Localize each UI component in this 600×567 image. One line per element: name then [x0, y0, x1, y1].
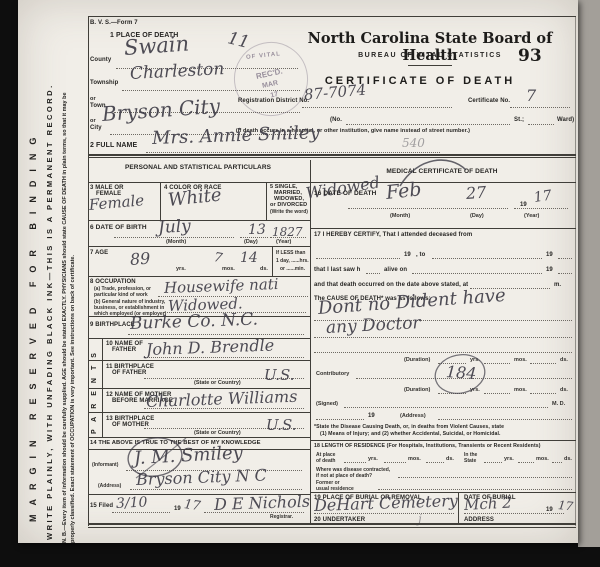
- certify-year1: 19: [404, 252, 411, 258]
- age-days-unit: ds.: [260, 266, 268, 272]
- occupation-a-value: Housewife nati: [164, 275, 279, 297]
- signed-line: [344, 407, 548, 408]
- death-month-value: Feb: [385, 178, 423, 204]
- divider: [160, 182, 161, 220]
- age-days-value: 14: [240, 250, 258, 266]
- county-value: Swain: [123, 31, 190, 59]
- burial-date-line: [464, 513, 564, 514]
- duration-label-2: (Duration): [404, 387, 430, 393]
- last-saw-line-c: [558, 273, 572, 274]
- contributory-label: Contributory: [316, 371, 349, 377]
- stamp-line-2: MAR: [262, 80, 279, 90]
- age-years-value: 89: [129, 249, 151, 269]
- age-years-unit: yrs.: [176, 266, 186, 272]
- divider: [88, 246, 310, 247]
- father-birthplace-value: U.S.: [264, 366, 295, 384]
- filed-date-value: 3/10: [116, 494, 148, 512]
- res-mos-2: mos.: [536, 456, 549, 462]
- dob-month-hint: (Month): [166, 239, 186, 245]
- divider: [88, 527, 576, 528]
- duration1-yrs: yrs.: [470, 357, 480, 363]
- signed-year-print: 19: [368, 413, 375, 419]
- signed-date-line: [316, 419, 364, 420]
- stamp-arc-text: OF VITAL: [246, 51, 281, 61]
- race-value: White: [167, 184, 223, 211]
- marital-value: Widowed: [305, 172, 382, 202]
- full-name-value: Mrs. Annie Smiley: [152, 122, 320, 149]
- signed-md: M. D.: [552, 401, 565, 407]
- filed-label: 15 Filed: [90, 503, 113, 509]
- date-of-death-year-line: [514, 208, 568, 209]
- personal-section-title: PERSONAL AND STATISTICAL PARTICULARS: [98, 164, 298, 171]
- father-name-value: John D. Brendle: [146, 336, 275, 359]
- alive-on-label: alive on: [384, 267, 407, 273]
- duration2-mos: mos.: [514, 387, 527, 393]
- page-number: 93: [518, 46, 542, 66]
- certify-to: , to: [416, 252, 425, 258]
- divider: [272, 246, 273, 276]
- divider: [575, 16, 576, 526]
- stamp-line-1: REC'D.: [255, 67, 283, 81]
- filed-date-line: [112, 512, 170, 513]
- age-less-label2: 1 day, ......hrs.: [276, 258, 309, 264]
- street-no-label: (No.: [330, 117, 342, 123]
- res-line-d: [484, 462, 502, 463]
- death-day-value: 27: [465, 183, 487, 203]
- res-line-b: [384, 462, 406, 463]
- age-months-unit: mos.: [222, 266, 235, 272]
- scanner-edge: [578, 0, 600, 547]
- filed-year-value: 17: [183, 497, 201, 514]
- last-saw-line-b: [412, 273, 542, 274]
- margin-binding-text: MARGIN RESERVED FOR BINDING: [28, 129, 38, 522]
- mother-birthplace-hint: (State or Country): [194, 430, 241, 436]
- residence-at-label2: of death: [316, 458, 335, 464]
- city-label2: City: [90, 125, 102, 131]
- divider: [88, 437, 310, 438]
- filed-year-print: 19: [174, 506, 181, 512]
- res-yrs-1: yrs.: [368, 456, 378, 462]
- dob-day-value: 13: [248, 222, 266, 238]
- occupation-label: 8 OCCUPATION: [90, 279, 136, 285]
- annotation-184: 184: [445, 362, 477, 383]
- date-of-death-label: 16 DATE OF DEATH: [314, 190, 376, 197]
- age-label: 7 AGE: [90, 250, 108, 256]
- certificate-no-value: 7: [526, 86, 536, 105]
- age-less-label3: or ......min.: [280, 266, 305, 272]
- death-year-value: 17: [533, 188, 553, 206]
- certificate-no-line: [510, 107, 570, 108]
- burial-year-value: 17: [557, 498, 574, 514]
- residence-label: 18 LENGTH OF RESIDENCE (For Hospitals, I…: [314, 443, 541, 449]
- marital-hint: (Write the word): [270, 209, 308, 215]
- res-former-line: [378, 489, 572, 490]
- duration1-ds: ds.: [560, 357, 568, 363]
- burial-place-value: DeHart Cemetery: [314, 491, 458, 515]
- undertaker-address-label: ADDRESS: [464, 517, 494, 523]
- death-year-hint: (Year): [524, 213, 539, 219]
- dob-year-hint: (Year): [276, 239, 291, 245]
- street-label: St.;: [514, 117, 524, 123]
- signed-address-label: (Address): [400, 413, 426, 419]
- mother-birthplace-value: U.S.: [266, 416, 297, 434]
- res-line-a: [344, 462, 366, 463]
- margin-write-plainly-text: WRITE PLAINLY, WITH UNFADING BLACK INK—T…: [45, 83, 54, 540]
- certify-line1c: [558, 258, 572, 259]
- dob-label: 6 DATE OF BIRTH: [90, 224, 147, 231]
- certify-line1a: [316, 258, 400, 259]
- duration2-line-b: [484, 393, 510, 394]
- informant-address-line: [130, 489, 302, 490]
- registrar-line: [204, 512, 304, 513]
- birthplace-value: Burke Co. N.C.: [130, 310, 259, 334]
- divider: [88, 154, 576, 156]
- father-birthplace-label2: OF FATHER: [112, 370, 146, 376]
- res-mos-1: mos.: [408, 456, 421, 462]
- signed-label: (Signed): [316, 401, 338, 407]
- undertaker-label: 20 UNDERTAKER: [314, 517, 365, 523]
- occupation-a-label2: particular kind of work: [94, 292, 148, 298]
- marital-label4: or DIVORCED: [270, 202, 307, 208]
- parents-group-label: PARENTS: [91, 345, 98, 434]
- cause-line3: [314, 352, 572, 353]
- town-label: or: [90, 96, 96, 102]
- full-name-label: 2 FULL NAME: [90, 142, 137, 149]
- divider: [88, 523, 576, 525]
- father-name-label2: FATHER: [112, 347, 136, 353]
- dob-month-value: July: [157, 216, 191, 238]
- registration-district-line: [302, 107, 452, 108]
- certificate-no-label: Certificate No.: [468, 98, 510, 104]
- duration-label-1: (Duration): [404, 357, 430, 363]
- res-line-e: [518, 462, 534, 463]
- divider: [310, 160, 311, 523]
- death-day-hint: (Day): [470, 213, 484, 219]
- registrar-label: Registrar.: [270, 514, 293, 520]
- death-year-print: 19: [520, 202, 527, 208]
- informant-signature: J. M. Smiley: [133, 442, 243, 469]
- res-ds-2: ds.: [564, 456, 572, 462]
- birthplace-line: [128, 334, 304, 335]
- margin-nb-text-2: properly classified. Exact statement of …: [70, 255, 76, 543]
- cause-of-death-line2-value: any Doctor: [325, 313, 421, 338]
- divider: [88, 157, 576, 158]
- age-less-label1: If LESS than: [276, 250, 305, 256]
- county-label: County: [90, 57, 111, 63]
- certify-label: 17 I HEREBY CERTIFY, That I attended dec…: [314, 232, 472, 238]
- divider: [88, 16, 576, 17]
- registrar-signature: D E Nichols: [214, 492, 311, 514]
- res-ds-1: ds.: [446, 456, 454, 462]
- city-value: Bryson City: [101, 94, 221, 126]
- res-where-line: [398, 477, 572, 478]
- last-saw-line-a: [366, 273, 380, 274]
- divider: [88, 412, 310, 413]
- margin-nb-text-1: N. B.—Every item of information should b…: [62, 92, 68, 543]
- city-label: or: [90, 118, 96, 124]
- street-no-line: [346, 124, 510, 125]
- cause-line2: [314, 337, 572, 338]
- birthplace-label: 9 BIRTHPLACE: [90, 322, 135, 328]
- informant-address-label: (Address): [98, 483, 121, 489]
- duration1-line-b: [484, 363, 510, 364]
- burial-date-value: Mch 2: [464, 494, 513, 514]
- full-name-stray: 540: [402, 136, 425, 150]
- certify-year2: 19: [546, 252, 553, 258]
- informant-label: (Informant): [92, 462, 118, 468]
- street-line: [528, 124, 554, 125]
- age-months-mark: 7: [213, 250, 224, 266]
- res-line-c: [426, 462, 444, 463]
- father-birthplace-hint: (State or Country): [194, 380, 241, 386]
- date-of-death-line: [348, 208, 508, 209]
- dob-year-value: 1827: [272, 225, 303, 239]
- residence-in-label2: State: [464, 458, 476, 464]
- stamp-line-3: 17: [270, 91, 279, 99]
- certify-line1b: [432, 258, 542, 259]
- signed-address-line: [438, 419, 572, 420]
- divider: [310, 228, 576, 229]
- duration2-yrs: yrs.: [470, 387, 480, 393]
- duration1-mos: mos.: [514, 357, 527, 363]
- res-line-f: [552, 462, 562, 463]
- certify-year3: 19: [546, 267, 553, 273]
- death-occurred-label: and that death occurred on the date abov…: [314, 282, 468, 288]
- burial-place-line: [314, 513, 454, 514]
- duration1-line-c: [530, 363, 556, 364]
- dob-day-hint: (Day): [244, 239, 258, 245]
- death-month-hint: (Month): [390, 213, 410, 219]
- divider: [88, 220, 310, 221]
- last-saw-label: that I last saw h: [314, 267, 360, 273]
- certificate-page: MARGIN RESERVED FOR BINDING WRITE PLAINL…: [18, 0, 578, 543]
- duration2-line-a: [438, 393, 466, 394]
- ward-label: Ward): [557, 117, 574, 123]
- res-yrs-2: yrs.: [504, 456, 514, 462]
- death-occurred-m: m.: [554, 282, 561, 288]
- form-number: B. V. S.—Form 7: [90, 20, 138, 26]
- township-label: Township: [90, 80, 118, 86]
- divider: [310, 440, 576, 441]
- divider: [408, 65, 452, 66]
- township-value: Charleston: [129, 59, 224, 84]
- sex-value: Female: [88, 191, 145, 214]
- cause-footnote-2: (1) Means of Injury; and (2) whether Acc…: [320, 431, 501, 437]
- informant-address-value: Bryson City N C: [136, 465, 268, 489]
- full-name-line: [146, 152, 440, 153]
- duration2-ds: ds.: [560, 387, 568, 393]
- duration2-line-c: [530, 393, 556, 394]
- divider: [266, 182, 267, 220]
- cause-footnote-1: *State the Disease Causing Death, or, in…: [314, 424, 504, 430]
- divider: [88, 360, 310, 361]
- residence-where-label2: if not at place of death?: [316, 473, 372, 479]
- undertaker-stray-mark: j: [418, 512, 422, 526]
- medical-section-title: MEDICAL CERTIFICATE OF DEATH: [322, 168, 562, 175]
